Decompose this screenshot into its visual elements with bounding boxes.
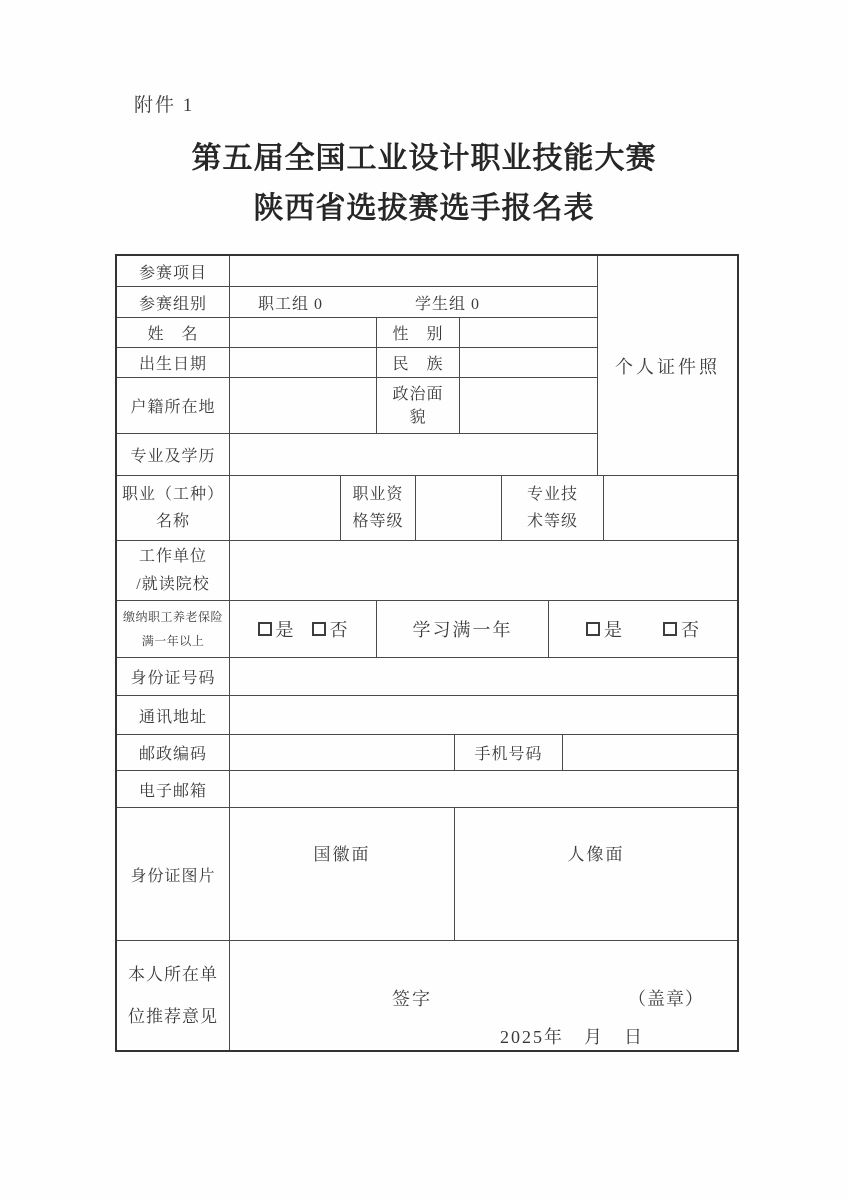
id-emblem-side-cell[interactable]: 国徽面 — [230, 808, 455, 940]
row-name-gender: 姓 名 性 别 — [117, 318, 597, 348]
row-residence-political: 户籍所在地 政治面 貌 — [117, 378, 597, 434]
birth-input-cell[interactable] — [230, 348, 377, 377]
name-label: 姓 名 — [117, 318, 230, 347]
recommendation-content-cell[interactable]: 签字 （盖章） 2025年 月 日 — [230, 941, 737, 1050]
technical-input-cell[interactable] — [604, 476, 737, 540]
gender-input-cell[interactable] — [460, 318, 597, 347]
id-number-label: 身份证号码 — [117, 658, 230, 695]
row-id-pictures: 身份证图片 国徽面 人像面 — [117, 808, 737, 941]
technical-label: 专业技 术等级 — [502, 476, 604, 540]
study-label: 学习满一年 — [377, 601, 549, 657]
ethnic-label: 民 族 — [377, 348, 460, 377]
workunit-label: 工作单位 /就读院校 — [117, 541, 230, 600]
seal-label: （盖章） — [628, 985, 704, 1011]
occupation-input-cell[interactable] — [230, 476, 341, 540]
sign-label: 签字 — [392, 985, 432, 1011]
event-label: 参赛项目 — [117, 256, 230, 286]
email-input-cell[interactable] — [230, 771, 737, 807]
mobile-label: 手机号码 — [455, 735, 563, 770]
insurance-checkbox-cell: 是 否 — [230, 601, 377, 657]
insurance-no-option[interactable]: 否 — [312, 616, 349, 642]
id-pictures-label: 身份证图片 — [117, 808, 230, 940]
id-portrait-side-cell[interactable]: 人像面 — [455, 808, 737, 940]
group-option-student[interactable]: 学生组 0 — [415, 291, 480, 314]
row-email: 电子邮箱 — [117, 771, 737, 808]
recommendation-label: 本人所在单 位推荐意见 — [117, 941, 230, 1050]
insurance-yes-option[interactable]: 是 — [258, 616, 295, 642]
row-event: 参赛项目 — [117, 256, 597, 287]
group-options-cell[interactable]: 职工组 0 学生组 0 — [230, 287, 597, 317]
row-occupation: 职业（工种） 名称 职业资 格等级 专业技 术等级 — [117, 476, 737, 541]
scanned-form-page: 附件 1 第五届全国工业设计职业技能大赛 陕西省选拔赛选手报名表 参赛项目 参赛… — [0, 0, 848, 1199]
photo-label: 个人证件照 — [615, 353, 720, 379]
form-title-line2: 陕西省选拔赛选手报名表 — [0, 183, 848, 227]
name-input-cell[interactable] — [230, 318, 377, 347]
qualification-label: 职业资 格等级 — [341, 476, 416, 540]
major-label: 专业及学历 — [117, 434, 230, 475]
workunit-input-cell[interactable] — [230, 541, 737, 600]
group-option-worker[interactable]: 职工组 0 — [258, 291, 323, 314]
study-yes-option[interactable]: 是 — [586, 616, 623, 642]
row-birth-ethnic: 出生日期 民 族 — [117, 348, 597, 378]
ethnic-input-cell[interactable] — [460, 348, 597, 377]
registration-form-table: 参赛项目 参赛组别 职工组 0 学生组 0 姓 名 性 别 — [115, 254, 739, 1052]
row-id-number: 身份证号码 — [117, 658, 737, 696]
study-checkbox-cell: 是 否 — [549, 601, 737, 657]
row-group: 参赛组别 职工组 0 学生组 0 — [117, 287, 597, 318]
occupation-label: 职业（工种） 名称 — [117, 476, 230, 540]
personal-photo-cell[interactable]: 个人证件照 — [597, 256, 737, 475]
portrait-side-label: 人像面 — [568, 840, 625, 865]
email-label: 电子邮箱 — [117, 771, 230, 807]
residence-input-cell[interactable] — [230, 378, 377, 433]
checkbox-icon[interactable] — [312, 622, 326, 636]
mobile-input-cell[interactable] — [563, 735, 737, 770]
checkbox-icon[interactable] — [258, 622, 272, 636]
postal-label: 邮政编码 — [117, 735, 230, 770]
row-workunit: 工作单位 /就读院校 — [117, 541, 737, 601]
event-input-cell[interactable] — [230, 256, 597, 286]
row-postal-mobile: 邮政编码 手机号码 — [117, 735, 737, 771]
major-input-cell[interactable] — [230, 434, 597, 475]
gender-label: 性 别 — [377, 318, 460, 347]
row-recommendation: 本人所在单 位推荐意见 签字 （盖章） 2025年 月 日 — [117, 941, 737, 1050]
address-label: 通讯地址 — [117, 696, 230, 734]
date-line: 2025年 月 日 — [500, 1023, 644, 1049]
qualification-input-cell[interactable] — [416, 476, 502, 540]
checkbox-icon[interactable] — [586, 622, 600, 636]
political-label: 政治面 貌 — [377, 378, 460, 433]
form-top-section: 参赛项目 参赛组别 职工组 0 学生组 0 姓 名 性 别 — [117, 256, 737, 476]
emblem-side-label: 国徽面 — [314, 840, 371, 865]
checkbox-icon[interactable] — [663, 622, 677, 636]
row-major: 专业及学历 — [117, 434, 597, 475]
attachment-label: 附件 1 — [134, 90, 194, 117]
political-input-cell[interactable] — [460, 378, 597, 433]
birth-label: 出生日期 — [117, 348, 230, 377]
group-label: 参赛组别 — [117, 287, 230, 317]
insurance-label: 缴纳职工养老保险 满一年以上 — [117, 601, 230, 657]
row-address: 通讯地址 — [117, 696, 737, 735]
postal-input-cell[interactable] — [230, 735, 455, 770]
row-insurance: 缴纳职工养老保险 满一年以上 是 否 学习满一年 是 否 — [117, 601, 737, 658]
form-title-line1: 第五届全国工业设计职业技能大赛 — [0, 133, 848, 177]
id-number-input-cell[interactable] — [230, 658, 737, 695]
study-no-option[interactable]: 否 — [663, 616, 700, 642]
address-input-cell[interactable] — [230, 696, 737, 734]
residence-label: 户籍所在地 — [117, 378, 230, 433]
